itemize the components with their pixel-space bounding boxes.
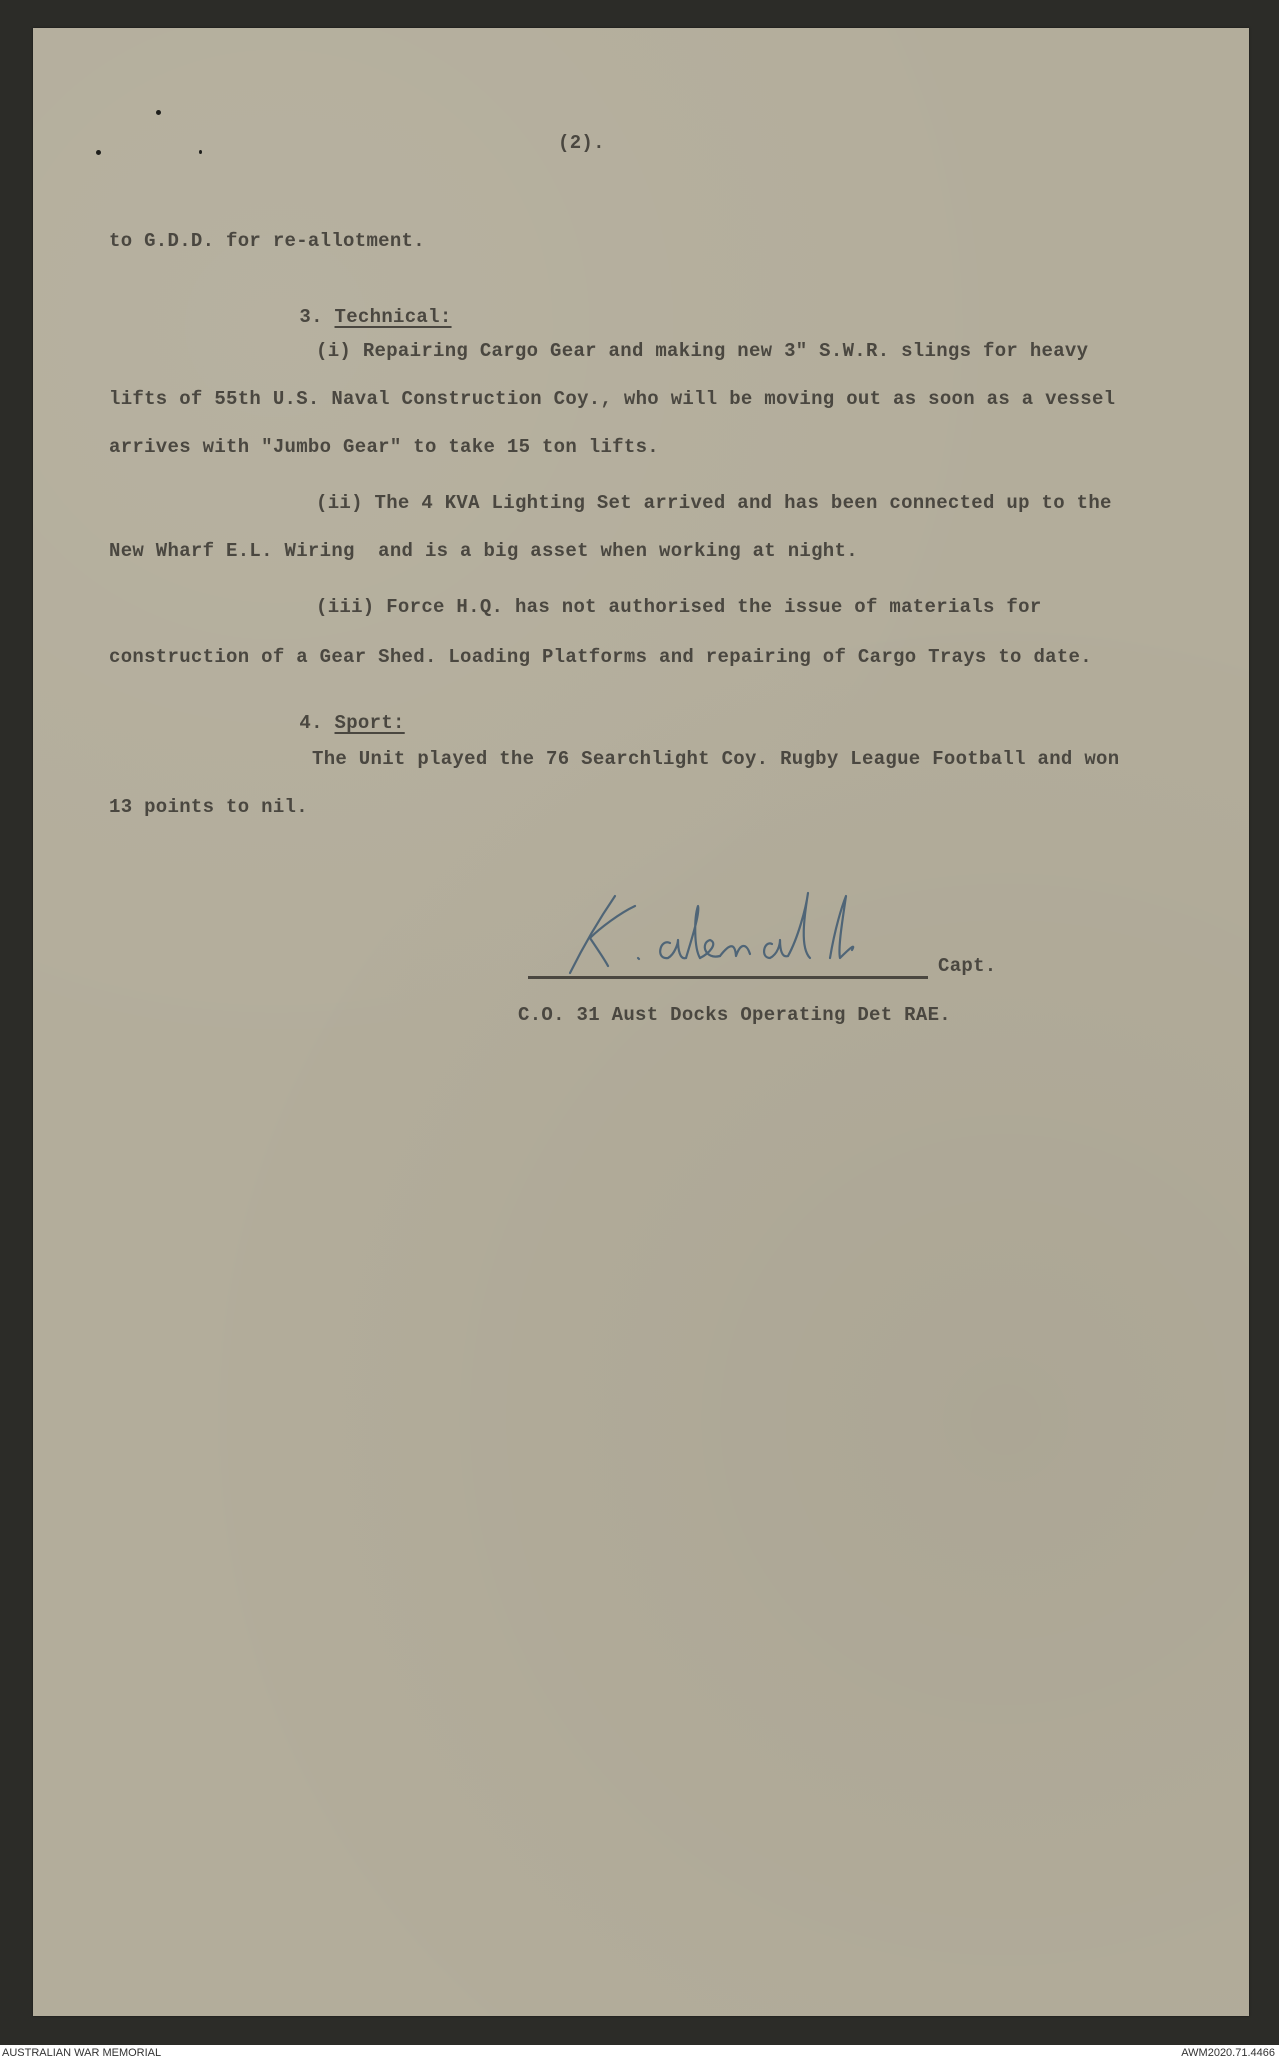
item-i-line-1: (i) Repairing Cargo Gear and making new … (316, 340, 1088, 362)
punch-hole (199, 150, 202, 154)
item-text: Repairing Cargo Gear and making new 3" S… (363, 340, 1089, 362)
item-ii-line-2: New Wharf E.L. Wiring and is a big asset… (109, 540, 858, 562)
section-heading-sport: 4. Sport: (276, 690, 405, 734)
section-number: 3. (299, 306, 322, 328)
item-label: (ii) (316, 492, 363, 514)
item-label: (i) (316, 340, 351, 362)
continuation-line: to G.D.D. for re-allotment. (109, 230, 425, 252)
page-number: (2). (558, 132, 605, 154)
section-number: 4. (299, 712, 322, 734)
item-iii-line-2: construction of a Gear Shed. Loading Pla… (109, 646, 1092, 668)
item-iii-line-1: (iii) Force H.Q. has not authorised the … (316, 596, 1042, 618)
section-heading-technical: 3. Technical: (276, 284, 452, 328)
signature-line (528, 976, 928, 979)
handwritten-signature (560, 888, 920, 978)
sport-line-1: The Unit played the 76 Searchlight Coy. … (312, 748, 1119, 770)
item-label: (iii) (316, 596, 375, 618)
section-title: Sport: (335, 712, 405, 734)
item-i-line-2: lifts of 55th U.S. Naval Construction Co… (109, 388, 1115, 410)
item-text: The 4 KVA Lighting Set arrived and has b… (375, 492, 1112, 514)
signatory-title: C.O. 31 Aust Docks Operating Det RAE. (518, 1004, 951, 1026)
sport-line-2: 13 points to nil. (109, 796, 308, 818)
accession-number: AWM2020.71.4466 (1181, 2047, 1275, 2059)
punch-hole (96, 150, 101, 155)
institution-caption: AUSTRALIAN WAR MEMORIAL (2, 2047, 161, 2059)
item-ii-line-1: (ii) The 4 KVA Lighting Set arrived and … (316, 492, 1112, 514)
punch-hole (156, 110, 161, 115)
item-i-line-3: arrives with "Jumbo Gear" to take 15 ton… (109, 436, 659, 458)
section-title: Technical: (335, 306, 452, 328)
item-text: Force H.Q. has not authorised the issue … (386, 596, 1041, 618)
signatory-rank: Capt. (938, 955, 997, 977)
